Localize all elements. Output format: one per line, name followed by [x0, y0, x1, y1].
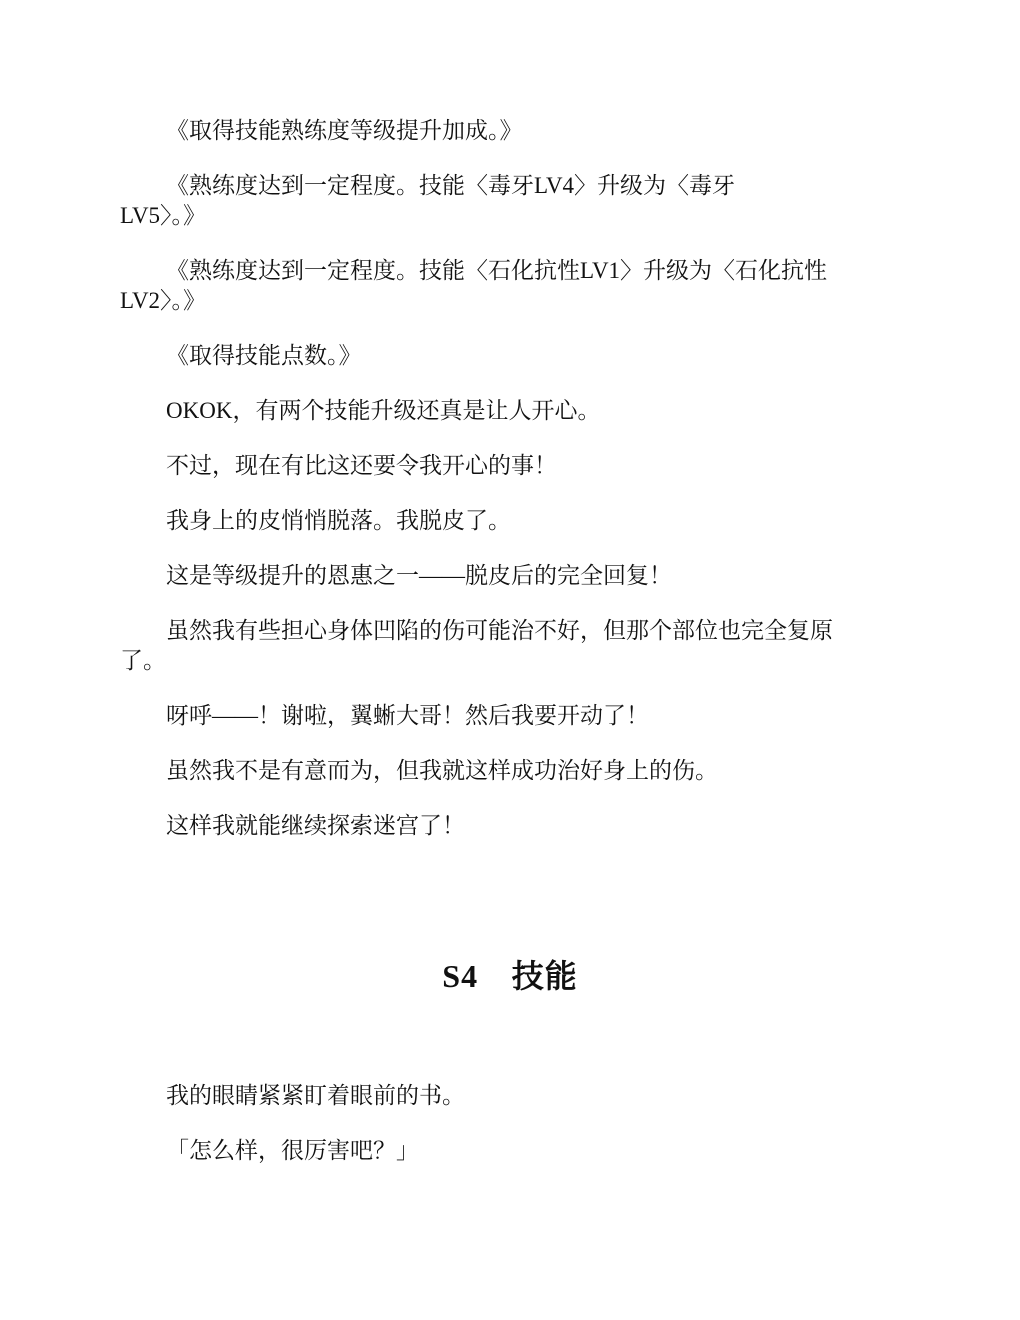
paragraph: 这是等级提升的恩惠之一——脱皮后的完全回复！	[120, 561, 900, 591]
paragraph: 虽然我有些担心身体凹陷的伤可能治不好，但那个部位也完全复原 了。	[120, 616, 900, 676]
paragraph: 虽然我不是有意而为，但我就这样成功治好身上的伤。	[120, 756, 900, 786]
paragraph: 《熟练度达到一定程度。技能〈石化抗性LV1〉升级为〈石化抗性 LV2〉。》	[120, 256, 900, 316]
paragraph: 《取得技能熟练度等级提升加成。》	[120, 116, 900, 146]
section-title: 技能	[512, 958, 578, 994]
section-heading: S4技能	[120, 956, 900, 996]
paragraph: 我身上的皮悄悄脱落。我脱皮了。	[120, 506, 900, 536]
paragraph: OKOK，有两个技能升级还真是让人开心。	[120, 396, 900, 426]
paragraph: 呀呼——！谢啦，翼蜥大哥！然后我要开动了！	[120, 701, 900, 731]
paragraph: 《熟练度达到一定程度。技能〈毒牙LV4〉升级为〈毒牙 LV5〉。》	[120, 171, 900, 231]
paragraph: 《取得技能点数。》	[120, 341, 900, 371]
section-number: S4	[442, 958, 478, 994]
paragraph: 这样我就能继续探索迷宫了！	[120, 811, 900, 841]
paragraph: 我的眼睛紧紧盯着眼前的书。	[120, 1081, 900, 1111]
paragraph: 不过，现在有比这还要令我开心的事！	[120, 451, 900, 481]
paragraph: 「怎么样，很厉害吧？」	[120, 1136, 900, 1166]
ebook-page: 《取得技能熟练度等级提升加成。》 《熟练度达到一定程度。技能〈毒牙LV4〉升级为…	[0, 0, 1020, 1320]
